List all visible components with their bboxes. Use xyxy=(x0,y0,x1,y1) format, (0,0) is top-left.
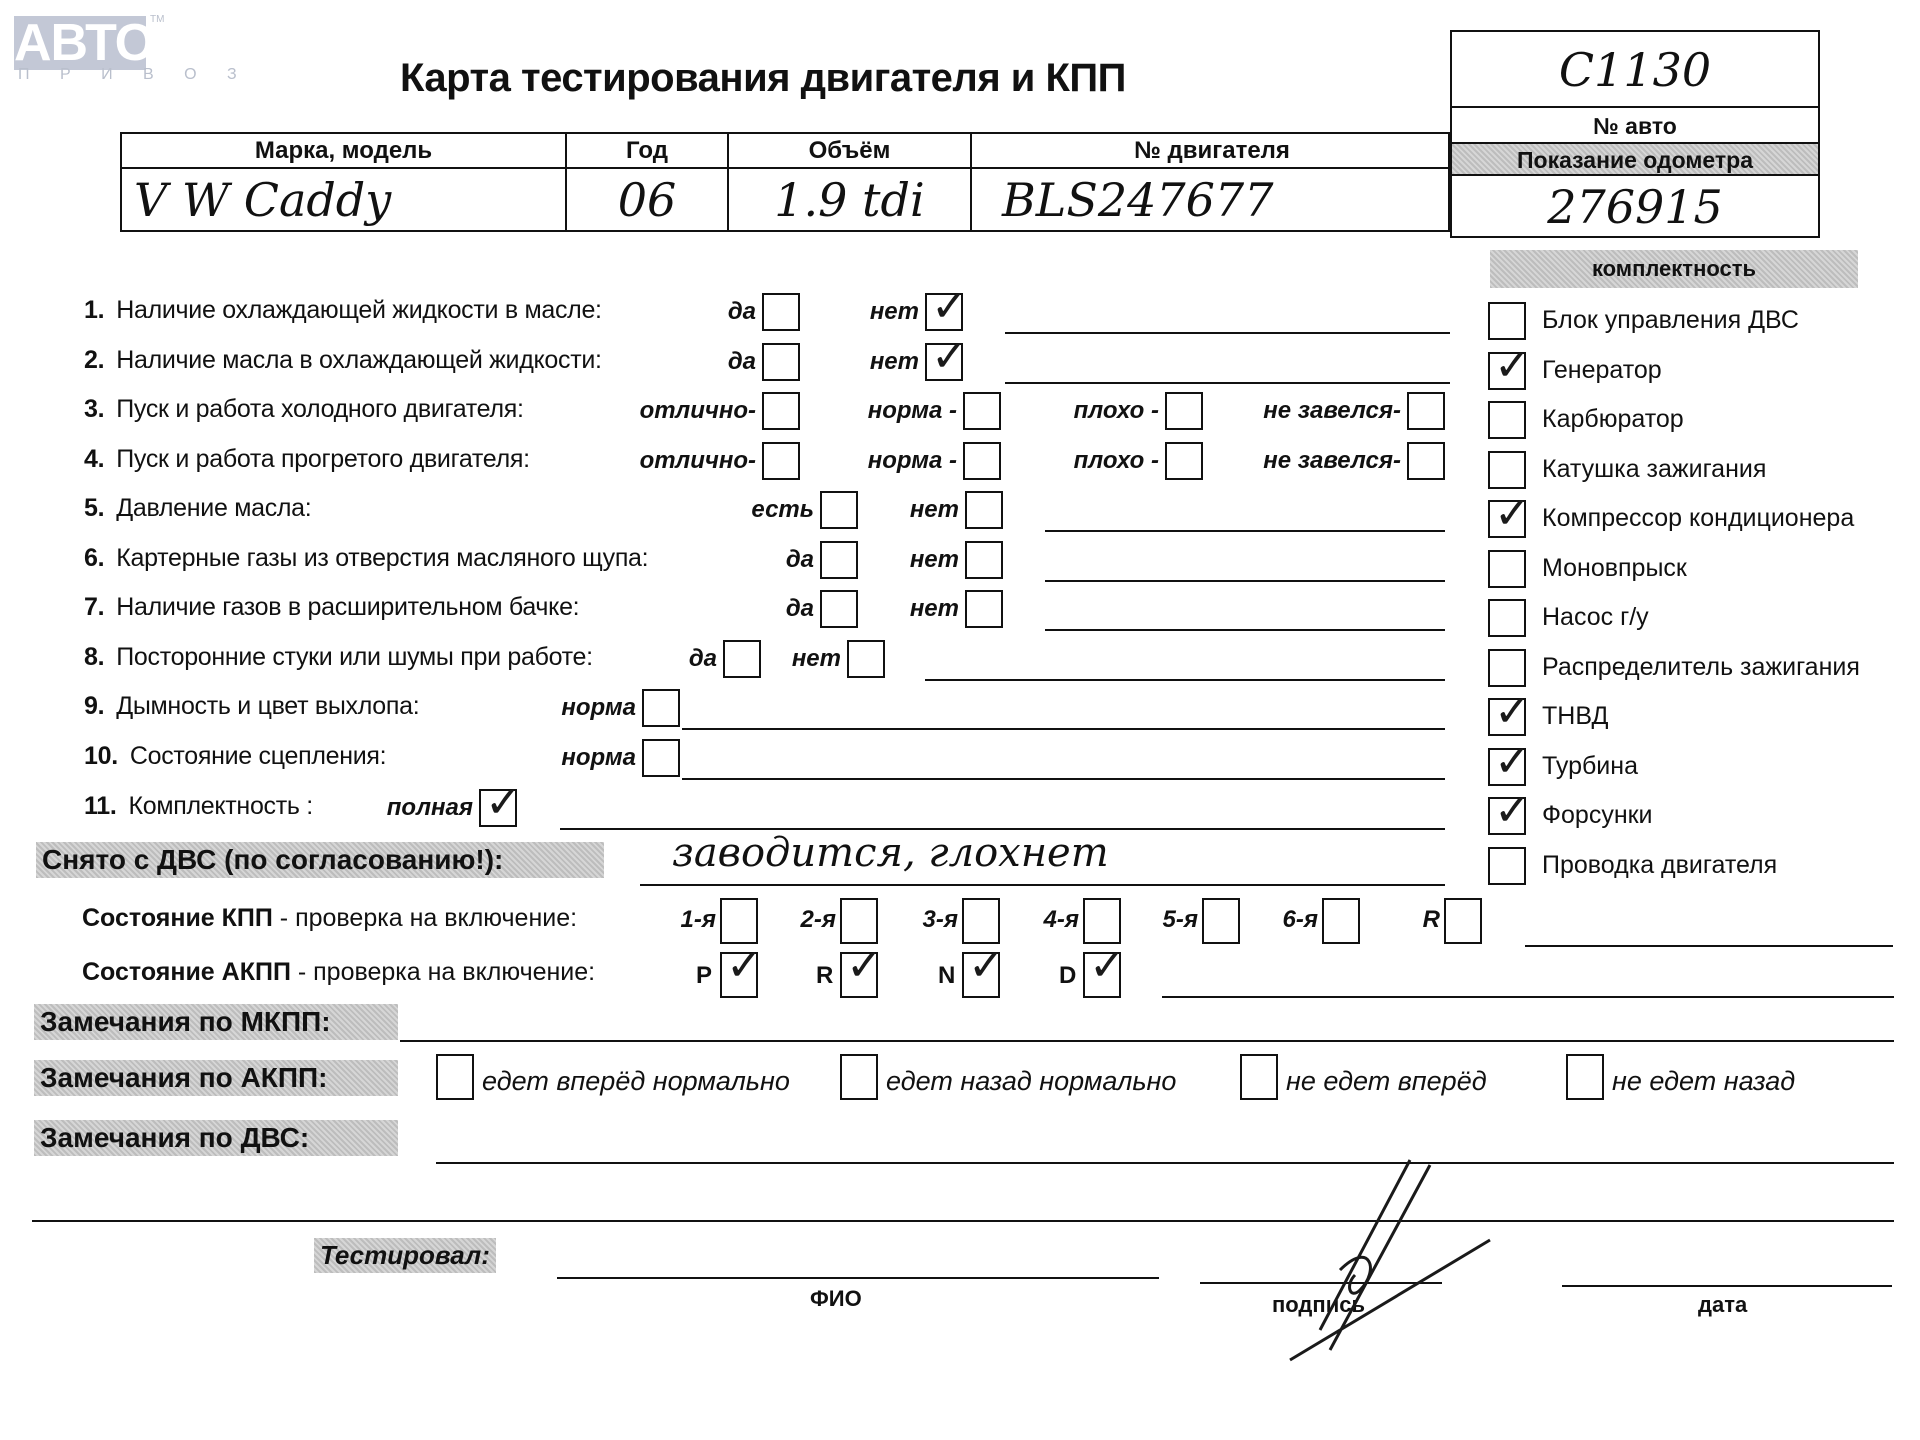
akpp-remark-checkbox[interactable] xyxy=(1240,1054,1278,1100)
completeness-item-label: Компрессор кондиционера xyxy=(1542,504,1854,533)
dvs-remarks-label: Замечания по ДВС: xyxy=(34,1120,398,1156)
question-number: 2. xyxy=(84,346,104,374)
akpp-line xyxy=(1162,996,1894,998)
make-model-cell: Марка, модель V W Caddy xyxy=(122,134,567,230)
extra-remarks-line xyxy=(32,1220,1894,1222)
akpp-remark-label: едет вперёд нормально xyxy=(482,1066,790,1097)
question-text: Пуск и работа прогретого двигателя: xyxy=(116,445,530,473)
question-8: 8.Посторонние стуки или шумы при работе: xyxy=(84,643,593,672)
option-label: нет xyxy=(785,546,959,574)
date-label: дата xyxy=(1698,1292,1747,1318)
volume-cell: Объём 1.9 tdi xyxy=(729,134,972,230)
completeness-item-label: Генератор xyxy=(1542,356,1662,385)
question-number: 9. xyxy=(84,692,104,720)
question-10: 10.Состояние сцепления: xyxy=(84,742,386,771)
question-11: 11.Комплектность : xyxy=(84,792,313,821)
question-4: 4.Пуск и работа прогретого двигателя: xyxy=(84,445,530,474)
kpp-gear-label: R xyxy=(1398,906,1440,934)
question-9: 9.Дымность и цвет выхлопа: xyxy=(84,692,419,721)
kpp-gear-label: 6-я xyxy=(1276,906,1318,934)
page-title: Карта тестирования двигателя и КПП xyxy=(400,56,1126,101)
logo-subtitle: П Р И В О З xyxy=(18,66,250,84)
car-info-box: C1130 № авто Показание одометра 276915 xyxy=(1450,30,1820,238)
completeness-checkbox[interactable] xyxy=(1488,500,1526,538)
completeness-checkbox[interactable] xyxy=(1488,797,1526,835)
engine-number-cell: № двигателя BLS247677 xyxy=(972,134,1452,230)
answer-line xyxy=(682,728,1445,730)
completeness-item-label: Катушка зажигания xyxy=(1542,455,1766,484)
question-number: 10. xyxy=(84,742,118,770)
option-label: полная xyxy=(299,794,473,822)
fio-line[interactable] xyxy=(557,1277,1159,1279)
volume-value[interactable]: 1.9 tdi xyxy=(729,170,970,230)
question-number: 8. xyxy=(84,643,104,671)
kpp-gear-checkbox[interactable] xyxy=(1322,898,1360,944)
checkbox-7-2[interactable] xyxy=(965,590,1003,628)
completeness-item-label: Карбюратор xyxy=(1542,405,1684,434)
question-3: 3.Пуск и работа холодного двигателя: xyxy=(84,395,524,424)
checkbox-8-2[interactable] xyxy=(847,640,885,678)
completeness-checkbox[interactable] xyxy=(1488,550,1526,588)
akpp-gear-checkbox[interactable] xyxy=(1083,952,1121,998)
dvs-remarks-line xyxy=(436,1162,1894,1164)
option-label: нет xyxy=(785,595,959,623)
option-label: плохо - xyxy=(985,397,1159,425)
checkbox-10-1[interactable] xyxy=(642,739,680,777)
completeness-header: комплектность xyxy=(1490,250,1858,288)
kpp-label-bold: Состояние КПП xyxy=(82,904,273,932)
kpp-gear-label: 4-я xyxy=(1037,906,1079,934)
car-number-label: № авто xyxy=(1452,108,1818,144)
engine-number-value[interactable]: BLS247677 xyxy=(972,170,1452,230)
logo-trademark: TM xyxy=(150,14,164,25)
option-label: норма - xyxy=(783,447,957,475)
completeness-item-label: ТНВД xyxy=(1542,702,1608,731)
logo: АВТО xyxy=(14,16,146,70)
option-label: норма xyxy=(462,744,636,772)
completeness-checkbox[interactable] xyxy=(1488,599,1526,637)
question-text: Комплектность : xyxy=(128,792,312,820)
year-value[interactable]: 06 xyxy=(567,170,727,230)
completeness-item-label: Турбина xyxy=(1542,752,1638,781)
question-text: Состояние сцепления: xyxy=(130,742,386,770)
checkbox-3-4[interactable] xyxy=(1407,392,1445,430)
akpp-label-rest: - проверка на включение: xyxy=(291,958,595,986)
question-text: Давление масла: xyxy=(116,494,311,522)
akpp-remark-checkbox[interactable] xyxy=(1566,1054,1604,1100)
checkbox-4-4[interactable] xyxy=(1407,442,1445,480)
odometer-value[interactable]: 276915 xyxy=(1452,176,1818,238)
question-number: 6. xyxy=(84,544,104,572)
kpp-label: Состояние КПП - проверка на включение: xyxy=(82,904,577,933)
completeness-item-label: Форсунки xyxy=(1542,801,1653,830)
year-cell: Год 06 xyxy=(567,134,729,230)
completeness-checkbox[interactable] xyxy=(1488,352,1526,390)
mkpp-remarks-line xyxy=(400,1040,1894,1042)
question-text: Пуск и работа холодного двигателя: xyxy=(116,395,523,423)
question-text: Наличие охлаждающей жидкости в масле: xyxy=(116,296,601,324)
option-label: нет xyxy=(745,298,919,326)
completeness-item-label: Блок управления ДВС xyxy=(1542,306,1799,335)
akpp-gear-label: N xyxy=(938,962,955,990)
question-text: Наличие масла в охлаждающей жидкости: xyxy=(116,346,601,374)
option-label: да xyxy=(582,298,756,326)
question-2: 2.Наличие масла в охлаждающей жидкости: xyxy=(84,346,602,375)
tested-by-label: Тестировал: xyxy=(314,1238,496,1273)
akpp-label-bold: Состояние АКПП xyxy=(82,958,291,986)
kpp-line xyxy=(1525,945,1893,947)
completeness-checkbox[interactable] xyxy=(1488,451,1526,489)
akpp-remark-label: не едет вперёд xyxy=(1286,1066,1487,1097)
mkpp-remarks-label: Замечания по МКПП: xyxy=(34,1004,398,1040)
question-text: Картерные газы из отверстия масляного щу… xyxy=(116,544,648,572)
signature-scribble xyxy=(1260,1150,1500,1370)
akpp-remark-label: едет назад нормально xyxy=(886,1066,1176,1097)
akpp-gear-label: P xyxy=(696,962,712,990)
completeness-checkbox[interactable] xyxy=(1488,302,1526,340)
akpp-remark-label: не едет назад xyxy=(1612,1066,1795,1097)
completeness-checkbox[interactable] xyxy=(1488,748,1526,786)
kpp-label-rest: - проверка на включение: xyxy=(273,904,577,932)
akpp-gear-checkbox[interactable] xyxy=(720,952,758,998)
option-label: нет xyxy=(667,645,841,673)
date-line[interactable] xyxy=(1562,1285,1892,1287)
completeness-item-label: Проводка двигателя xyxy=(1542,851,1777,880)
removed-label: Снято с ДВС (по согласованию!): xyxy=(36,842,604,878)
fio-label: ФИО xyxy=(810,1286,862,1312)
kpp-gear-checkbox[interactable] xyxy=(840,898,878,944)
kpp-gear-checkbox[interactable] xyxy=(1202,898,1240,944)
kpp-gear-checkbox[interactable] xyxy=(1083,898,1121,944)
removed-line xyxy=(640,884,1445,886)
completeness-item-label: Распределитель зажигания xyxy=(1542,653,1860,682)
answer-line xyxy=(925,679,1445,681)
completeness-checkbox[interactable] xyxy=(1488,847,1526,885)
vehicle-info-table: Марка, модель V W Caddy Год 06 Объём 1.9… xyxy=(120,132,1450,232)
question-6: 6.Картерные газы из отверстия масляного … xyxy=(84,544,648,573)
option-label: да xyxy=(582,348,756,376)
option-label: отлично- xyxy=(582,397,756,425)
kpp-gear-label: 1-я xyxy=(674,906,716,934)
akpp-remark-checkbox[interactable] xyxy=(436,1054,474,1100)
kpp-gear-checkbox[interactable] xyxy=(1444,898,1482,944)
option-label: нет xyxy=(745,348,919,376)
kpp-gear-checkbox[interactable] xyxy=(720,898,758,944)
akpp-label: Состояние АКПП - проверка на включение: xyxy=(82,958,595,987)
kpp-gear-label: 5-я xyxy=(1156,906,1198,934)
completeness-checkbox[interactable] xyxy=(1488,649,1526,687)
option-label: не завелся- xyxy=(1227,447,1401,475)
akpp-gear-checkbox[interactable] xyxy=(962,952,1000,998)
answer-line xyxy=(1045,530,1445,532)
question-number: 3. xyxy=(84,395,104,423)
kpp-gear-checkbox[interactable] xyxy=(962,898,1000,944)
answer-line xyxy=(1005,382,1450,384)
question-number: 7. xyxy=(84,593,104,621)
question-7: 7.Наличие газов в расширительном бачке: xyxy=(84,593,579,622)
akpp-gear-label: R xyxy=(816,962,833,990)
completeness-item-label: Моновпрыск xyxy=(1542,554,1687,583)
answer-line xyxy=(682,778,1445,780)
volume-label: Объём xyxy=(729,134,970,169)
question-text: Посторонние стуки или шумы при работе: xyxy=(116,643,593,671)
option-label: нет xyxy=(785,496,959,524)
question-1: 1.Наличие охлаждающей жидкости в масле: xyxy=(84,296,602,325)
checkbox-1-2[interactable] xyxy=(925,293,963,331)
answer-line xyxy=(1005,332,1450,334)
option-label: плохо - xyxy=(985,447,1159,475)
question-number: 4. xyxy=(84,445,104,473)
question-5: 5.Давление масла: xyxy=(84,494,311,523)
removed-value[interactable]: заводится, глохнет xyxy=(672,830,1109,876)
question-text: Дымность и цвет выхлопа: xyxy=(116,692,419,720)
checkbox-11-1[interactable] xyxy=(479,789,517,827)
car-number-value[interactable]: C1130 xyxy=(1452,32,1818,108)
question-number: 1. xyxy=(84,296,104,324)
question-number: 11. xyxy=(84,792,116,820)
question-number: 5. xyxy=(84,494,104,522)
checkbox-3-3[interactable] xyxy=(1165,392,1203,430)
answer-line xyxy=(1045,629,1445,631)
option-label: норма - xyxy=(783,397,957,425)
make-model-label: Марка, модель xyxy=(122,134,565,169)
completeness-checkbox[interactable] xyxy=(1488,401,1526,439)
akpp-gear-label: D xyxy=(1059,962,1076,990)
akpp-remark-checkbox[interactable] xyxy=(840,1054,878,1100)
engine-number-label: № двигателя xyxy=(972,134,1452,169)
completeness-checkbox[interactable] xyxy=(1488,698,1526,736)
answer-line xyxy=(1045,580,1445,582)
question-text: Наличие газов в расширительном бачке: xyxy=(116,593,579,621)
year-label: Год xyxy=(567,134,727,169)
akpp-gear-checkbox[interactable] xyxy=(840,952,878,998)
checkbox-2-2[interactable] xyxy=(925,343,963,381)
kpp-gear-label: 3-я xyxy=(916,906,958,934)
option-label: отлично- xyxy=(582,447,756,475)
odometer-label: Показание одометра xyxy=(1452,144,1818,176)
kpp-gear-label: 2-я xyxy=(794,906,836,934)
checkbox-6-2[interactable] xyxy=(965,541,1003,579)
option-label: норма xyxy=(462,694,636,722)
make-model-value[interactable]: V W Caddy xyxy=(122,170,565,230)
option-label: не завелся- xyxy=(1227,397,1401,425)
akpp-remarks-label: Замечания по АКПП: xyxy=(34,1060,398,1096)
checkbox-9-1[interactable] xyxy=(642,689,680,727)
checkbox-4-3[interactable] xyxy=(1165,442,1203,480)
completeness-item-label: Насос г/у xyxy=(1542,603,1649,632)
checkbox-5-2[interactable] xyxy=(965,491,1003,529)
